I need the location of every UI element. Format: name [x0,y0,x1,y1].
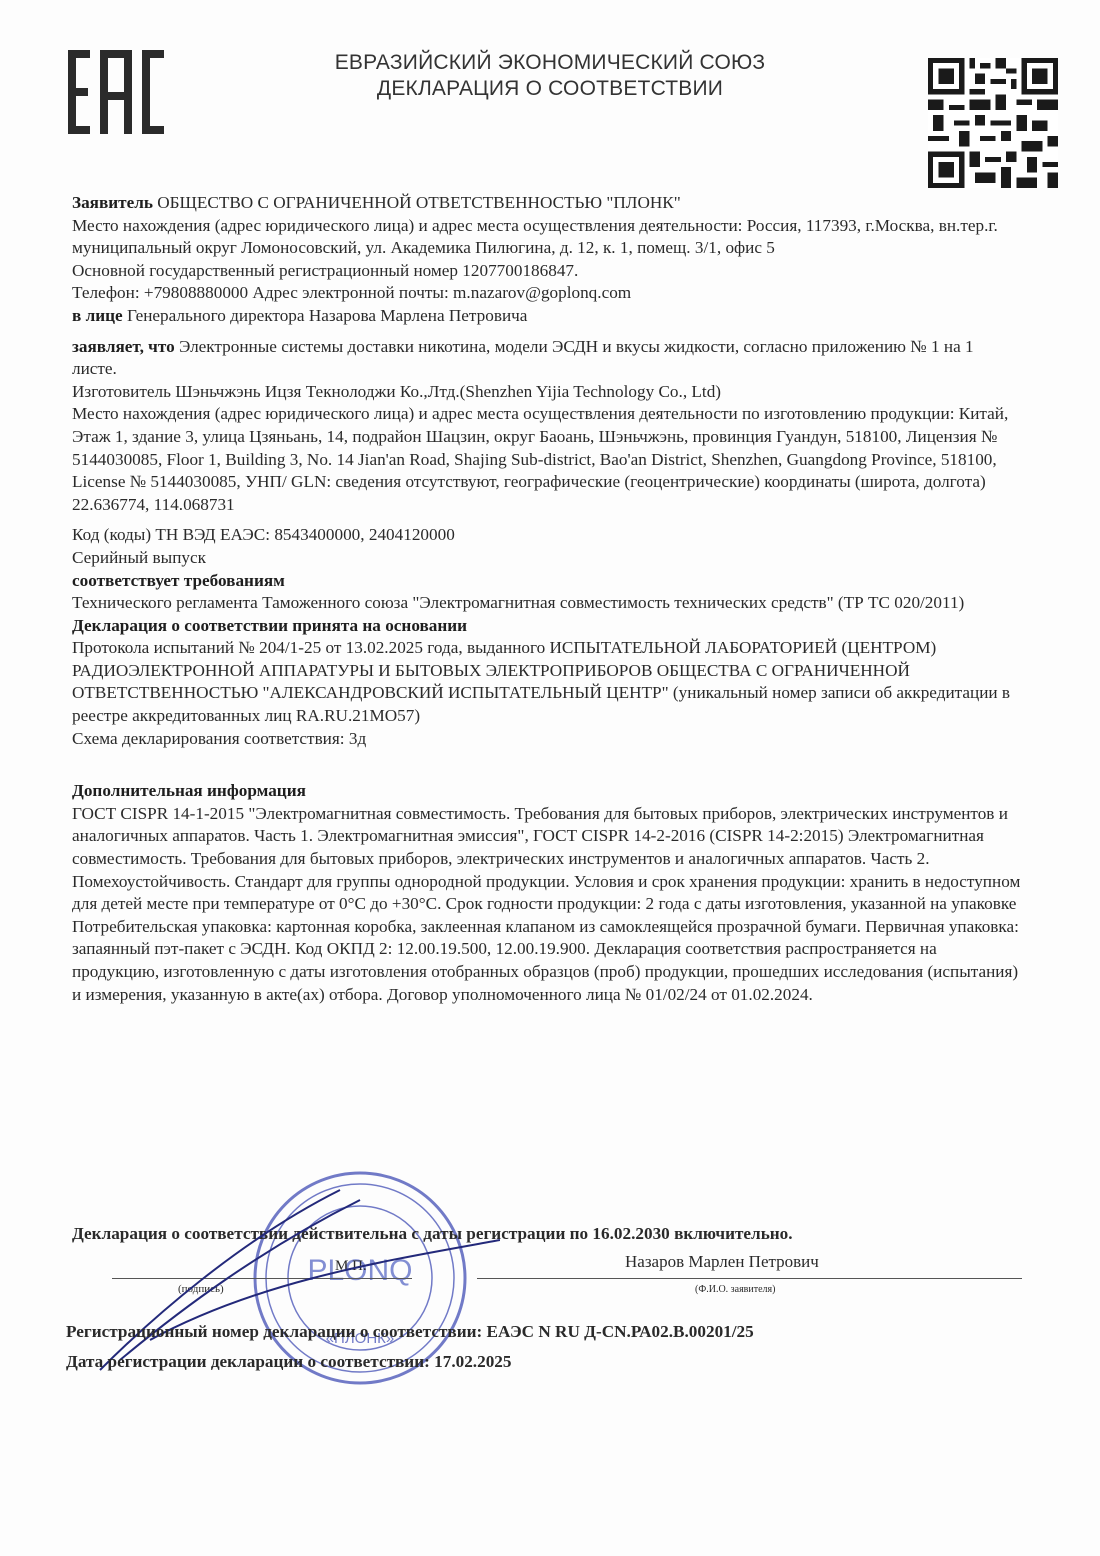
eac-mark-icon [66,48,166,136]
declaration-title: ДЕКЛАРАЦИЯ О СООТВЕТСТВИИ [250,76,850,102]
basis-label: Декларация о соответствии принята на осн… [72,615,1022,638]
union-title: ЕВРАЗИЙСКИЙ ЭКОНОМИЧЕСКИЙ СОЮЗ [250,50,850,76]
signatory-name: Назаров Марлен Петрович [625,1252,819,1272]
manufacturer-address: Место нахождения (адрес юридического лиц… [72,403,1022,516]
manufacturer: Изготовитель Шэньчжэнь Ицзя Текнолоджи К… [72,381,1022,404]
additional-info-label: Дополнительная информация [72,780,1022,803]
requirements-label: соответствует требованиям [72,570,1022,593]
applicant-representative: в лице Генерального директора Назарова М… [72,305,1022,328]
requirements-text: Технического регламента Таможенного союз… [72,592,1022,615]
qr-code-icon[interactable] [928,58,1058,188]
declares-section: заявляет, что Электронные системы достав… [72,336,1022,381]
document-header: ЕВРАЗИЙСКИЙ ЭКОНОМИЧЕСКИЙ СОЮЗ ДЕКЛАРАЦИ… [250,50,850,102]
hs-codes: Код (коды) ТН ВЭД ЕАЭС: 8543400000, 2404… [72,524,1022,547]
applicant-name: ОБЩЕСТВО С ОГРАНИЧЕННОЙ ОТВЕТСТВЕННОСТЬЮ… [157,193,681,212]
representative-label: в лице [72,306,123,325]
product-description: Электронные системы доставки никотина, м… [72,337,974,379]
applicant-address: Место нахождения (адрес юридического лиц… [72,215,1022,260]
production-type: Серийный выпуск [72,547,1022,570]
additional-info-text: ГОСТ CISPR 14-1-2015 "Электромагнитная с… [72,803,1022,1006]
representative-name: Генерального директора Назарова Марлена … [127,306,527,325]
registration-date: Дата регистрации декларации о соответств… [66,1352,511,1372]
applicant-label: Заявитель [72,193,153,212]
applicant-section: Заявитель ОБЩЕСТВО С ОГРАНИЧЕННОЙ ОТВЕТС… [72,192,1022,215]
registration-number: Регистрационный номер декларации о соотв… [66,1322,754,1342]
declares-label: заявляет, что [72,337,175,356]
applicant-contacts: Телефон: +79808880000 Адрес электронной … [72,282,1022,305]
eac-logo [66,48,166,136]
declaration-body: Заявитель ОБЩЕСТВО С ОГРАНИЧЕННОЙ ОТВЕТС… [72,192,1022,1006]
basis-text: Протокола испытаний № 204/1-25 от 13.02.… [72,637,1022,727]
declaration-scheme: Схема декларирования соответствия: 3д [72,728,1022,751]
applicant-ogrn: Основной государственный регистрационный… [72,260,1022,283]
name-line [477,1278,1022,1279]
name-caption: (Ф.И.О. заявителя) [695,1284,775,1295]
